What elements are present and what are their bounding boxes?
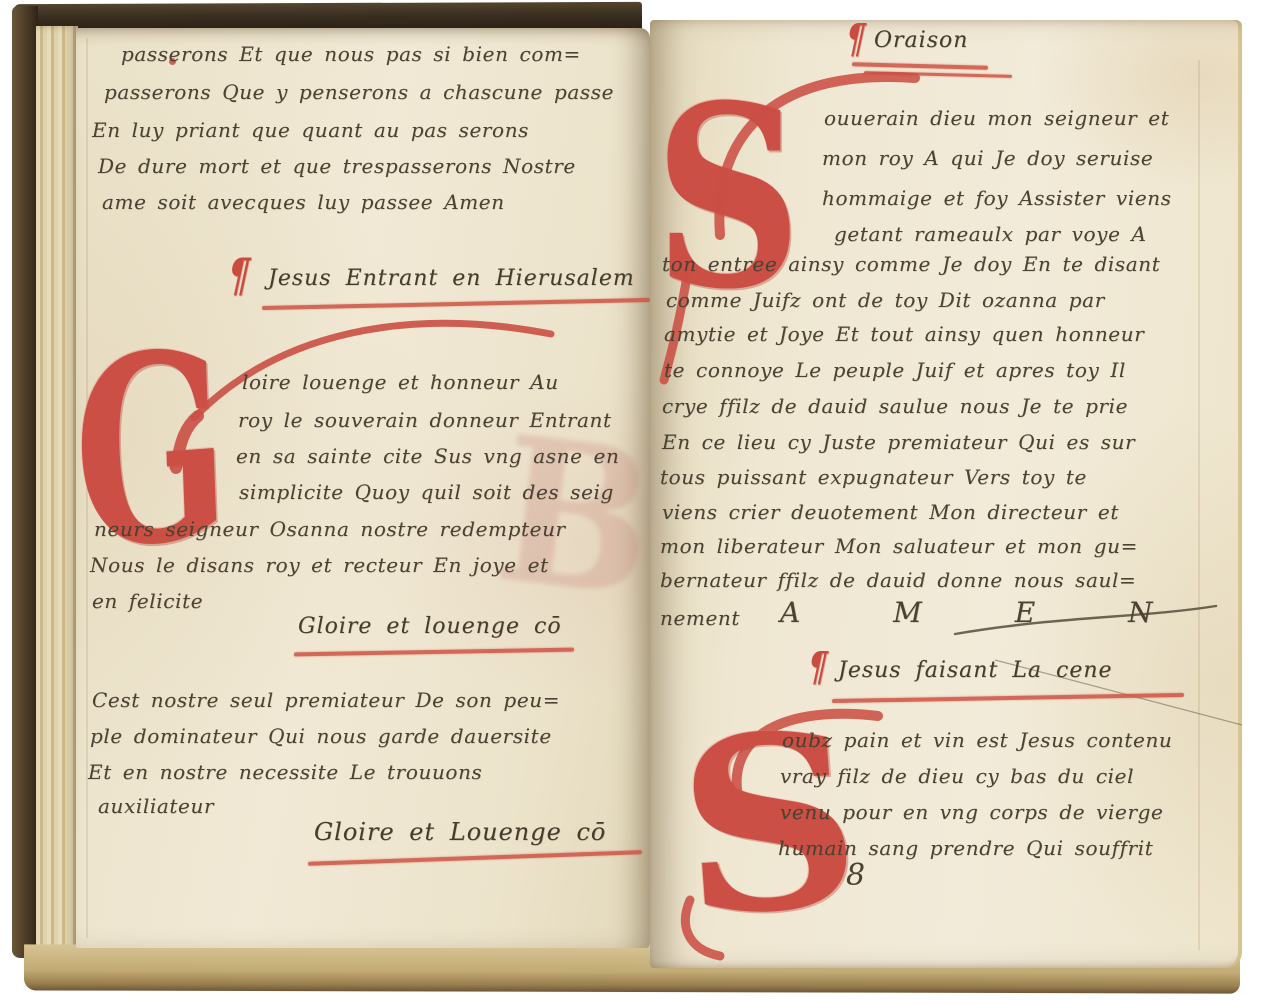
illuminated-initial-g: G [70, 316, 232, 585]
left-page: passerons Et que nous pas si bien com= p… [76, 28, 650, 948]
text-line: en felicite [92, 589, 203, 613]
text-line: venu pour en vng corps de vierge [780, 800, 1163, 824]
text-line: nement [660, 606, 740, 630]
binding-left-edge [12, 6, 38, 958]
text-line: viens crier deuotement Mon directeur et [662, 500, 1119, 524]
text-line: En luy priant que quant au pas serons [92, 118, 529, 142]
rubric-heading-jerusalem: Jesus Entrant en Hierusalem [268, 266, 635, 291]
binding-top-edge [14, 2, 642, 31]
pilcrow-icon: ¶ [222, 249, 255, 303]
rubric-underline [832, 693, 1184, 703]
text-line: hommaige et foy Assister viens [822, 186, 1172, 210]
text-line: tous puissant expugnateur Vers toy te [660, 465, 1087, 489]
text-line: amytie et Joye Et tout ainsy quen honneu… [664, 322, 1144, 346]
rubric-underline [852, 62, 988, 70]
pilcrow-icon: ¶ [841, 16, 870, 63]
rubric-heading-cene: Jesus faisant La cene [838, 658, 1113, 683]
text-line: En ce lieu cy Juste premiateur Qui es su… [662, 430, 1135, 454]
margin-ruling-line [1198, 60, 1200, 950]
text-line: roy le souverain donneur Entrant [238, 408, 612, 432]
text-line: bernateur ffilz de dauid donne nous saul… [660, 568, 1136, 592]
text-line: Nous le disans roy et recteur En joye et [90, 553, 549, 577]
manuscript-photo: passerons Et que nous pas si bien com= p… [0, 0, 1265, 1000]
text-line: passerons Que y penserons a chascune pas… [104, 80, 614, 104]
text-line: Et en nostre necessite Le trouuons [88, 760, 482, 784]
text-line: ple dominateur Qui nous garde dauersite [90, 724, 552, 748]
text-line: Cest nostre seul premiateur De son peu= [92, 688, 560, 712]
text-line: vray filz de dieu cy bas du ciel [780, 764, 1134, 788]
text-line: mon roy A qui Je doy seruise [822, 146, 1153, 170]
text-line: humain sang prendre Qui souffrit [778, 836, 1153, 860]
text-line: getant rameaulx par voye A [834, 222, 1147, 246]
rubric-heading-oraison: Oraison [874, 28, 968, 53]
text-line: crye ffilz de dauid saulue nous Je te pr… [662, 394, 1128, 418]
pen-flourish-mark: 8 [846, 858, 865, 893]
text-line: mon liberateur Mon saluateur et mon gu= [660, 534, 1138, 558]
text-line: ton entree ainsy comme Je doy En te disa… [662, 252, 1160, 276]
rubric-underline [864, 71, 1012, 78]
rubric-underline [308, 850, 642, 866]
illuminated-initial-s1: S [654, 72, 802, 322]
text-line: passerons Et que nous pas si bien com= [121, 42, 581, 66]
text-line: te connoye Le peuple Juif et apres toy I… [664, 358, 1126, 382]
text-line: ame soit avecques luy passee Amen [102, 190, 505, 214]
amen-letters: A M E N [780, 596, 1195, 629]
text-line: ouuerain dieu mon seigneur et [824, 106, 1169, 130]
rubric-underline [294, 648, 574, 657]
text-line: De dure mort et que trespasserons Nostre [98, 154, 576, 178]
text-line: simplicite Quoy quil soit des seig [239, 480, 614, 504]
rubric-underline [262, 298, 650, 310]
text-line: en sa sainte cite Sus vng asne en [236, 444, 619, 468]
text-line: comme Juifz ont de toy Dit ozanna par [666, 288, 1105, 312]
right-page: ¶ Oraison S ouuerain dieu mon seigneur e… [650, 20, 1242, 968]
page-block-edges [36, 26, 78, 954]
rubric-refrain-1: Gloire et louenge cō [298, 614, 562, 639]
text-line: neurs seigneur Osanna nostre redempteur [94, 517, 566, 541]
rubric-refrain-2: Gloire et Louenge cō [314, 818, 606, 846]
text-line: auxiliateur [98, 794, 214, 818]
text-line: oubz pain et vin est Jesus contenu [782, 728, 1172, 752]
text-line: loire louenge et honneur Au [242, 370, 559, 394]
